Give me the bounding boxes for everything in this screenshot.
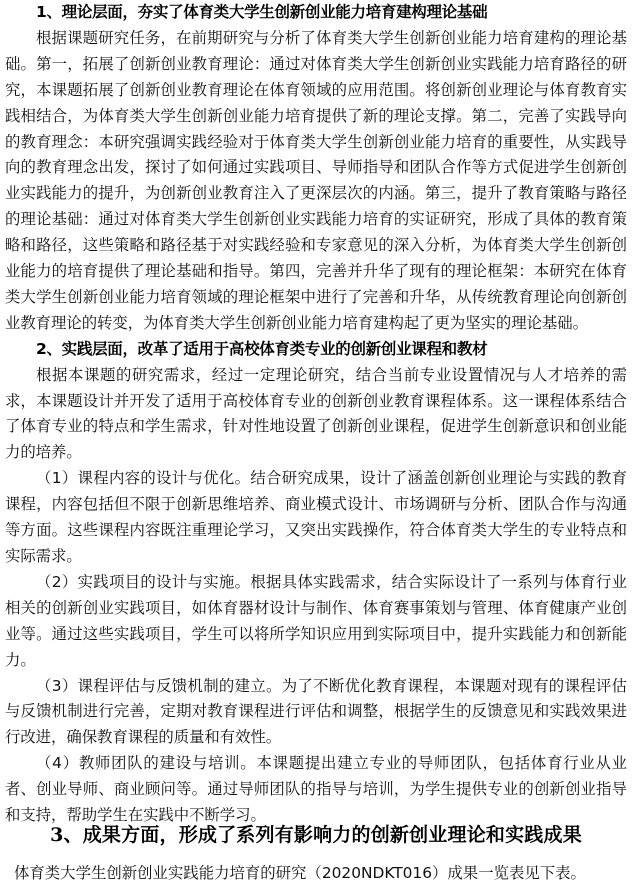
section-1-body: 根据课题研究任务，在前期研究与分析了体育类大学生创新创业能力培育建构的理论基础。… bbox=[5, 26, 627, 337]
section-2-item-3: （3）课程评估与反馈机制的建立。为了不断优化教育课程，本课题对现有的课程评估与反… bbox=[5, 674, 627, 752]
section-2-item-2: （2）实践项目的设计与实施。根据具体实践需求，结合实际设计了一系列与体育行业相关… bbox=[5, 570, 627, 674]
section-2-intro: 根据本课题的研究需求，经过一定理论研究，结合当前专业设置情况与人才培养的需求，本… bbox=[5, 363, 627, 467]
section-2-item-4: （4）教师团队的建设与培训。本课题提出建立专业的导师团队，包括体育行业从业者、创… bbox=[5, 751, 627, 829]
section-3-heading: 3、成果方面，形成了系列有影响力的创新创业理论和实践成果 bbox=[0, 820, 632, 850]
document-page: 1、理论层面，夯实了体育类大学生创新创业能力培育建构理论基础 根据课题研究任务，… bbox=[5, 0, 627, 829]
section-1-heading: 1、理论层面，夯实了体育类大学生创新创业能力培育建构理论基础 bbox=[5, 0, 627, 26]
section-2-item-1: （1）课程内容的设计与优化。结合研究成果，设计了涵盖创新创业理论与实践的教育课程… bbox=[5, 466, 627, 570]
section-2-heading: 2、实践层面，改革了适用于高校体育类专业的创新创业课程和教材 bbox=[5, 337, 627, 363]
section-3-body: 体育类大学生创新创业实践能力培育的研究（2020NDKT016）成果一览表见下表… bbox=[14, 860, 586, 886]
